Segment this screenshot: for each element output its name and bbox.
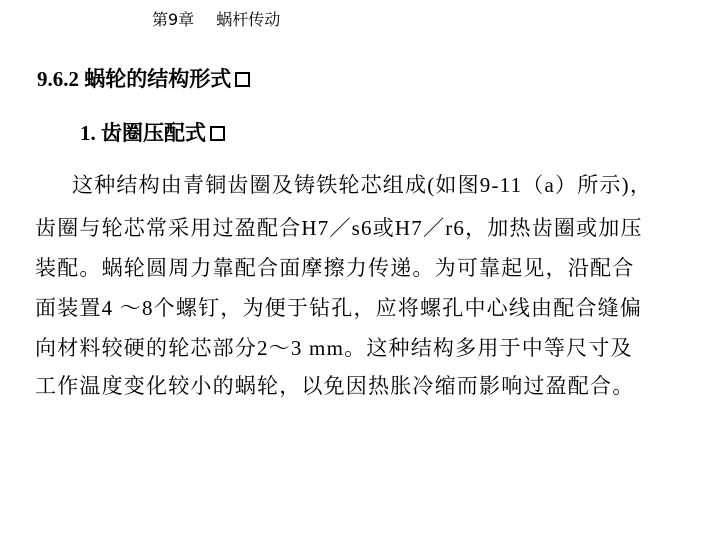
missing-glyph-box-icon: [210, 126, 225, 141]
subsection-title: 1. 齿圈压配式: [80, 121, 206, 145]
section-heading: 9.6.2 蜗轮的结构形式: [37, 65, 250, 93]
page-header: 第9章蜗杆传动: [152, 10, 280, 30]
section-title: 9.6.2 蜗轮的结构形式: [37, 67, 231, 91]
subsection-heading: 1. 齿圈压配式: [80, 119, 225, 147]
chapter-number: 第9章: [152, 10, 194, 29]
missing-glyph-box-icon: [235, 72, 250, 87]
paragraph-line: 装配。蜗轮圆周力靠配合面摩擦力传递。为可靠起见，沿配合: [35, 253, 634, 283]
paragraph-line: 齿圈与轮芯常采用过盈配合H7／s6或H7／r6，加热齿圈或加压: [35, 213, 643, 243]
paragraph-line: 工作温度变化较小的蜗轮，以免因热胀冷缩而影响过盈配合。: [35, 371, 634, 401]
paragraph-line: 面装置4 ～8个螺钉，为便于钻孔，应将螺孔中心线由配合缝偏: [35, 293, 642, 323]
chapter-title: 蜗杆传动: [216, 10, 280, 29]
paragraph-line: 这种结构由青铜齿圈及铸铁轮芯组成(如图9-11（a）所示)，: [72, 170, 652, 200]
paragraph-line: 向材料较硬的轮芯部分2～3 mm。这种结构多用于中等尺寸及: [35, 333, 633, 363]
